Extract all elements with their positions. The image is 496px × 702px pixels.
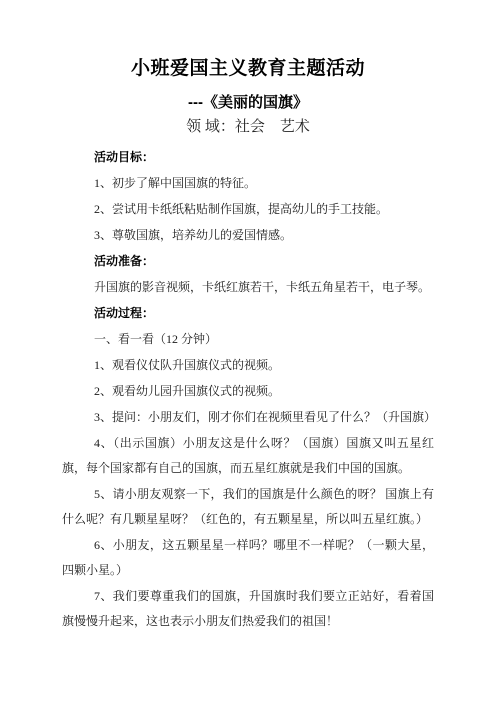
document-title: 小班爱国主义教育主题活动 bbox=[62, 0, 434, 81]
section-heading-preparation: 活动准备： bbox=[62, 249, 434, 274]
goals-item-3: 3、尊敬国旗，培养幼儿的爱国情感。 bbox=[62, 223, 434, 248]
process-step-title: 一、看一看（12 分钟） bbox=[62, 327, 434, 352]
goals-item-2: 2、尝试用卡纸纸粘贴制作国旗，提高幼儿的手工技能。 bbox=[62, 197, 434, 222]
process-item-4: 4、（出示国旗）小朋友这是什么呀？（国旗）国旗又叫五星红旗，每个国家都有自己的国… bbox=[62, 431, 434, 481]
process-item-2: 2、观看幼儿园升国旗仪式的视频。 bbox=[62, 379, 434, 404]
preparation-text: 升国旗的影音视频，卡纸红旗若干，卡纸五角星若干，电子琴。 bbox=[62, 275, 434, 300]
document-page: 小班爱国主义教育主题活动 ---《美丽的国旗》 领 域：社会 艺术 活动目标： … bbox=[0, 0, 496, 702]
process-item-7: 7、我们要尊重我们的国旗，升国旗时我们要立正站好，看着国旗慢慢升起来，这也表示小… bbox=[62, 584, 434, 634]
process-item-5: 5、请小朋友观察一下，我们的国旗是什么颜色的呀？ 国旗上有什么呢？有几颗星星呀？… bbox=[62, 482, 434, 532]
section-heading-goals: 活动目标： bbox=[62, 145, 434, 170]
document-subtitle: ---《美丽的国旗》 bbox=[62, 93, 434, 113]
document-body: 活动目标： 1、初步了解中国国旗的特征。 2、尝试用卡纸纸粘贴制作国旗，提高幼儿… bbox=[62, 145, 434, 634]
document-content: 小班爱国主义教育主题活动 ---《美丽的国旗》 领 域：社会 艺术 活动目标： … bbox=[0, 0, 496, 634]
goals-item-1: 1、初步了解中国国旗的特征。 bbox=[62, 171, 434, 196]
document-field-line: 领 域：社会 艺术 bbox=[62, 117, 434, 137]
process-item-6: 6、小朋友，这五颗星星一样吗？哪里不一样呢？（一颗大星，四颗小星。） bbox=[62, 533, 434, 583]
process-item-1: 1、观看仪仗队升国旗仪式的视频。 bbox=[62, 353, 434, 378]
section-heading-process: 活动过程： bbox=[62, 301, 434, 326]
process-item-3: 3、提问：小朋友们，刚才你们在视频里看见了什么？（升国旗） bbox=[62, 405, 434, 430]
